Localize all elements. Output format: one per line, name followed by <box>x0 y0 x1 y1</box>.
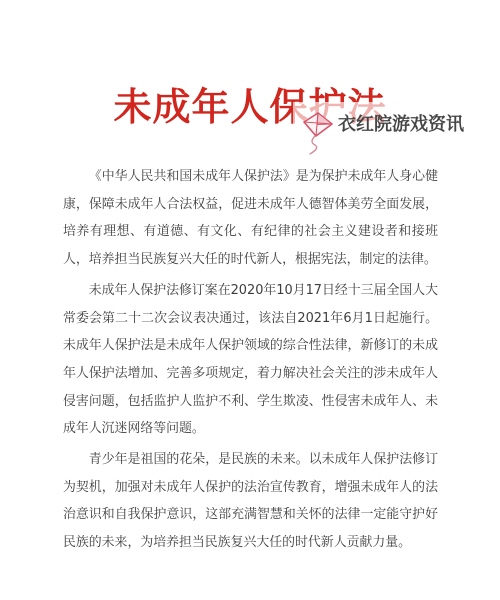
paragraph-outlook: 青少年是祖国的花朵，是民族的未来。以未成年人保护法修订为契机，加强对未成年人保护… <box>63 446 438 557</box>
watermark-text: 衣红院游戏资讯 <box>338 114 464 135</box>
article-page: 未成年人保护法 衣红院游戏资讯 《中华人民共和国未成年人保护法》是为保护未成年人… <box>0 0 500 600</box>
paragraph-intro: 《中华人民共和国未成年人保护法》是为保护未成年人身心健康，保障未成年人合法权益，… <box>63 163 438 274</box>
paragraph-revision: 未成年人保护法修订案在2020年10月17日经十三届全国人大常委会第二十二次会议… <box>63 277 438 443</box>
kite-icon <box>301 110 335 156</box>
article-body: 《中华人民共和国未成年人保护法》是为保护未成年人身心健康，保障未成年人合法权益，… <box>63 163 438 560</box>
watermark: 衣红院游戏资讯 <box>301 110 464 156</box>
